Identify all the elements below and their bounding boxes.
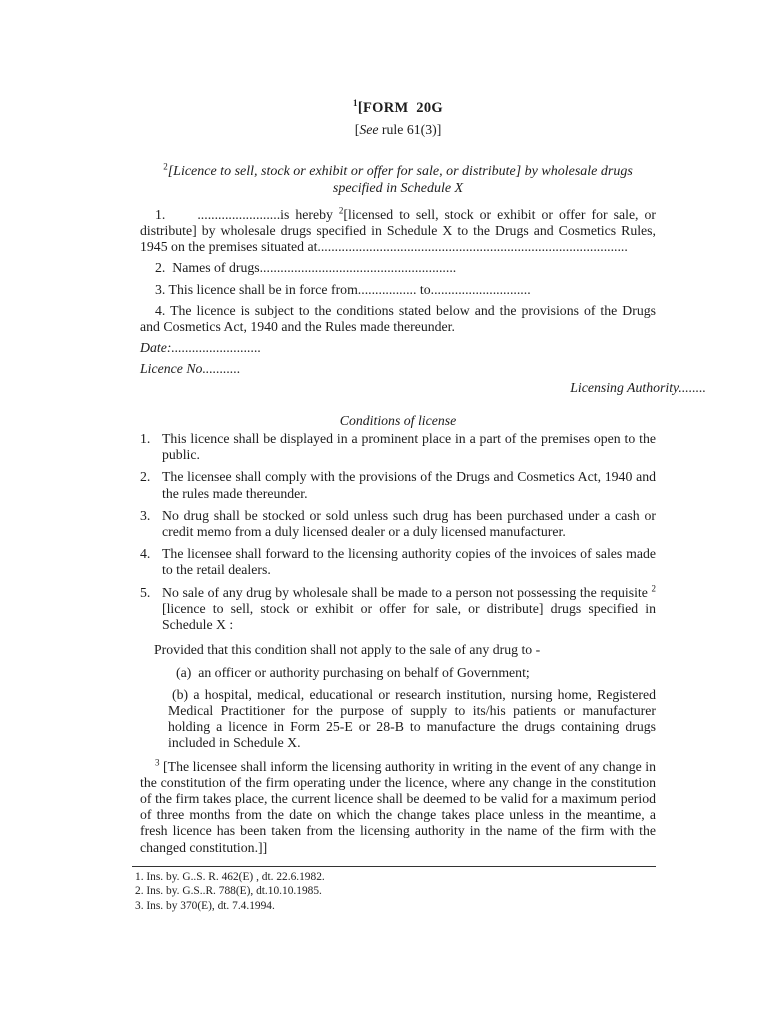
condition-5-text: No sale of any drug by wholesale shall b…: [162, 585, 656, 634]
condition-item-5: 5. No sale of any drug by wholesale shal…: [140, 585, 656, 634]
condition-5-text-post: [licence to sell, stock or exhibit or of…: [162, 601, 656, 632]
licence-heading-text: [Licence to sell, stock or exhibit or of…: [168, 164, 633, 195]
paragraph-4: 4. The licence is subject to the conditi…: [140, 303, 656, 335]
condition-item-2: 2. The licensee shall comply with the pr…: [140, 469, 656, 501]
closing-paragraph: 3 [The licensee shall inform the licensi…: [140, 759, 656, 856]
paragraph-4-number: 4.: [155, 303, 165, 318]
clause-b: (b) a hospital, medical, educational or …: [168, 687, 656, 752]
paragraph-1-number: 1.: [155, 207, 165, 222]
condition-4-number: 4.: [140, 546, 162, 578]
paragraph-1: 1.........................is hereby 2[li…: [140, 207, 656, 256]
form-title-text: [FORM 20G: [358, 100, 443, 116]
form-title: 1[FORM 20G: [140, 100, 656, 116]
clause-a: (a) an officer or authority purchasing o…: [176, 665, 656, 681]
footnote-2: 2. Ins. by. G.S..R. 788(E), dt.10.10.198…: [132, 884, 656, 899]
condition-2-number: 2.: [140, 469, 162, 501]
document-page: 1[FORM 20G [See rule 61(3)] 2[Licence to…: [0, 0, 770, 1024]
footnotes: 1. Ins. by. G..S. R. 462(E) , dt. 22.6.1…: [132, 866, 656, 914]
signature-block: Date:.......................... Licence …: [140, 340, 656, 396]
footnote-3: 3. Ins. by 370(E), dt. 7.4.1994.: [132, 899, 656, 914]
condition-item-1: 1. This licence shall be displayed in a …: [140, 431, 656, 463]
condition-3-number: 3.: [140, 508, 162, 540]
conditions-heading: Conditions of license: [140, 413, 656, 429]
condition-5-text-pre: No sale of any drug by wholesale shall b…: [162, 585, 652, 600]
condition-4-text: The licensee shall forward to the licens…: [162, 546, 656, 578]
footnote-1: 1. Ins. by. G..S. R. 462(E) , dt. 22.6.1…: [132, 870, 656, 885]
condition-item-4: 4. The licensee shall forward to the lic…: [140, 546, 656, 578]
condition-2-text: The licensee shall comply with the provi…: [162, 469, 656, 501]
condition-5-footnote-ref: 2: [652, 583, 657, 593]
rule-reference: [See rule 61(3)]: [140, 122, 656, 138]
paragraph-4-text: The licence is subject to the conditions…: [140, 303, 656, 334]
closing-paragraph-text: [The licensee shall inform the licensing…: [140, 759, 656, 855]
rule-reference-text: rule 61(3)]: [378, 122, 441, 137]
condition-item-3: 3. No drug shall be stocked or sold unle…: [140, 508, 656, 540]
licence-no-line: Licence No...........: [140, 361, 656, 377]
licensing-authority-line: Licensing Authority........: [140, 380, 706, 396]
document-content: 1[FORM 20G [See rule 61(3)] 2[Licence to…: [140, 100, 656, 914]
condition-1-number: 1.: [140, 431, 162, 463]
see-word: See: [359, 122, 378, 137]
condition-3-text: No drug shall be stocked or sold unless …: [162, 508, 656, 540]
licence-heading: 2[Licence to sell, stock or exhibit or o…: [140, 164, 656, 196]
names-of-drugs-line: 2. Names of drugs.......................…: [140, 260, 656, 276]
condition-5-number: 5.: [140, 585, 162, 634]
date-line: Date:..........................: [140, 340, 656, 356]
proviso-line: Provided that this condition shall not a…: [154, 642, 656, 658]
conditions-list: 1. This licence shall be displayed in a …: [140, 431, 656, 633]
condition-1-text: This licence shall be displayed in a pro…: [162, 431, 656, 463]
validity-line: 3. This licence shall be in force from..…: [140, 282, 656, 298]
paragraph-1-blank: ........................is hereby: [197, 207, 339, 222]
